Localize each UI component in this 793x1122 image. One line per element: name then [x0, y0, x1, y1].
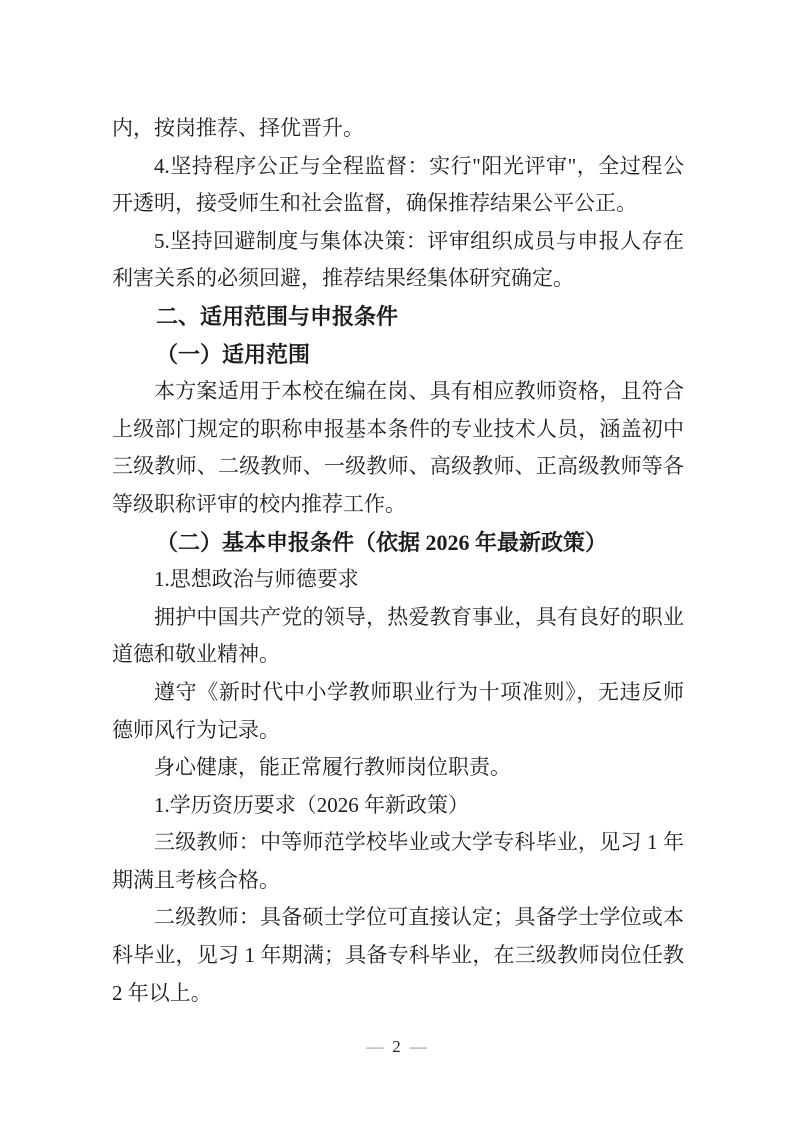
paragraph-scope-description: 本方案适用于本校在编在岗、具有相应教师资格，且符合上级部门规定的职称申报基本条件…	[112, 373, 684, 523]
paragraph-continuation: 内，按岗推荐、择优晋升。	[112, 110, 684, 148]
paragraph-level3-teacher: 三级教师：中等师范学校毕业或大学专科毕业，见习 1 年期满且考核合格。	[112, 824, 684, 899]
footer-right-dash: —	[410, 1037, 427, 1056]
item-heading-qualification: 1.学历资历要求（2026 年新政策）	[112, 787, 684, 825]
page-footer: —2—	[0, 1034, 793, 1060]
subsection-heading-scope: （一）适用范围	[112, 336, 684, 374]
paragraph-conduct-rules: 遵守《新时代中小学教师职业行为十项准则》，无违反师德师风行为记录。	[112, 674, 684, 749]
paragraph-party-support: 拥护中国共产党的领导，热爱教育事业，具有良好的职业道德和敬业精神。	[112, 599, 684, 674]
paragraph-principle-5: 5.坚持回避制度与集体决策：评审组织成员与申报人存在利害关系的必须回避，推荐结果…	[112, 223, 684, 298]
document-page: 内，按岗推荐、择优晋升。 4.坚持程序公正与全程监督：实行"阳光评审"，全过程公…	[0, 0, 793, 1122]
item-heading-ideology-ethics: 1.思想政治与师德要求	[112, 561, 684, 599]
section-heading-scope-and-conditions: 二、适用范围与申报条件	[112, 298, 684, 336]
paragraph-level2-teacher: 二级教师：具备硕士学位可直接认定；具备学士学位或本科毕业，见习 1 年期满；具备…	[112, 899, 684, 1012]
footer-left-dash: —	[366, 1037, 383, 1056]
paragraph-principle-4: 4.坚持程序公正与全程监督：实行"阳光评审"，全过程公开透明，接受师生和社会监督…	[112, 148, 684, 223]
subsection-heading-basic-conditions: （二）基本申报条件（依据 2026 年最新政策）	[112, 524, 684, 562]
page-number: 2	[392, 1037, 401, 1056]
paragraph-health: 身心健康，能正常履行教师岗位职责。	[112, 749, 684, 787]
document-body: 内，按岗推荐、择优晋升。 4.坚持程序公正与全程监督：实行"阳光评审"，全过程公…	[112, 110, 684, 1012]
